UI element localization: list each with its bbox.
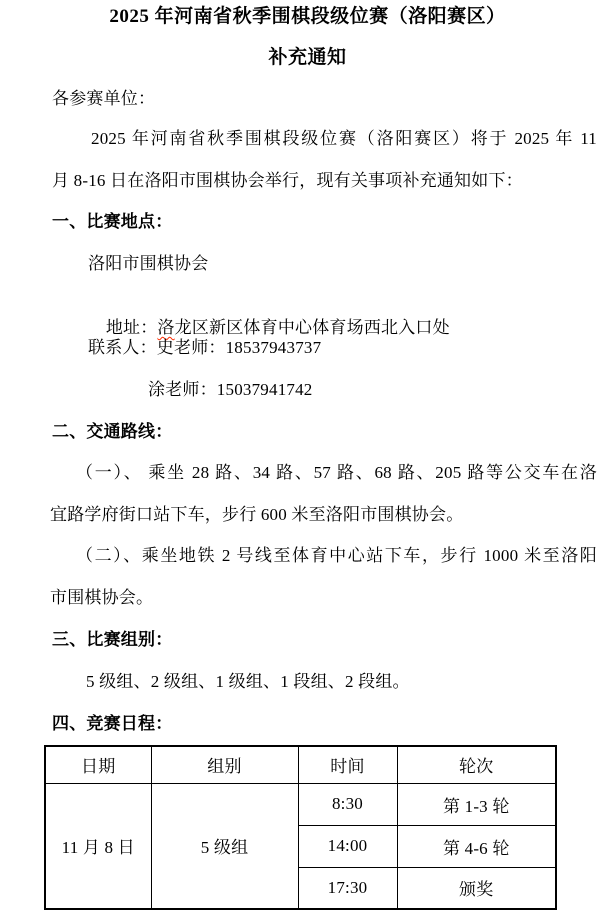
date-cell: 11 月 8 日: [45, 783, 151, 909]
intro-line1: 2025 年河南省秋季围棋段级位赛（洛阳赛区）将于 2025 年 11: [91, 128, 597, 150]
address-label: 地址：: [106, 318, 158, 337]
address-spellcheck-word: 洛: [157, 318, 174, 337]
header-round: 轮次: [397, 746, 556, 783]
section3-heading: 三、比赛组别：: [52, 629, 172, 651]
section4-heading: 四、竞赛日程：: [52, 713, 172, 735]
round-cell: 第 4-6 轮: [397, 825, 556, 867]
route1-line1: （一）、 乘坐 28 路、34 路、57 路、68 路、205 路等公交车在洛: [76, 462, 597, 484]
header-time: 时间: [298, 746, 397, 783]
document-title-line2: 补充通知: [0, 47, 615, 69]
round-cell: 第 1-3 轮: [397, 783, 556, 825]
section2-heading: 二、交通路线：: [52, 421, 172, 443]
groups-line: 5 级组、2 级组、1 级组、1 段组、2 段组。: [86, 671, 410, 693]
route2-line2: 市围棋协会。: [50, 587, 153, 609]
header-group: 组别: [151, 746, 298, 783]
time-cell: 14:00: [298, 825, 397, 867]
document-title-line1: 2025 年河南省秋季围棋段级位赛（洛阳赛区）: [0, 6, 615, 28]
salutation: 各参赛单位：: [52, 88, 155, 110]
schedule-header-row: 日期 组别 时间 轮次: [45, 746, 556, 783]
schedule-table: 日期 组别 时间 轮次 11 月 8 日 5 级组 8:30 第 1-3 轮 1…: [44, 745, 557, 910]
section1-heading: 一、比赛地点：: [52, 211, 172, 233]
header-date: 日期: [45, 746, 151, 783]
time-cell: 8:30: [298, 783, 397, 825]
time-cell: 17:30: [298, 867, 397, 909]
intro-line2: 月 8-16 日在洛阳市围棋协会举行，现有关事项补充通知如下：: [52, 170, 523, 192]
venue-line: 洛阳市围棋协会: [88, 253, 208, 275]
contact-line1: 联系人：史老师：18537943737: [88, 337, 321, 359]
document-page: 2025 年河南省秋季围棋段级位赛（洛阳赛区） 补充通知 各参赛单位： 2025…: [0, 0, 615, 923]
route2-line1: （二）、乘坐地铁 2 号线至体育中心站下车，步行 1000 米至洛阳: [76, 545, 597, 567]
address-rest: 龙区新区体育中心体育场西北入口处: [175, 318, 450, 337]
route1-line2: 宜路学府街口站下车，步行 600 米至洛阳市围棋协会。: [50, 504, 463, 526]
round-cell: 颁奖: [397, 867, 556, 909]
table-row: 11 月 8 日 5 级组 8:30 第 1-3 轮: [45, 783, 556, 825]
group-cell: 5 级组: [151, 783, 298, 909]
contact-line2: 涂老师：15037941742: [148, 379, 313, 401]
